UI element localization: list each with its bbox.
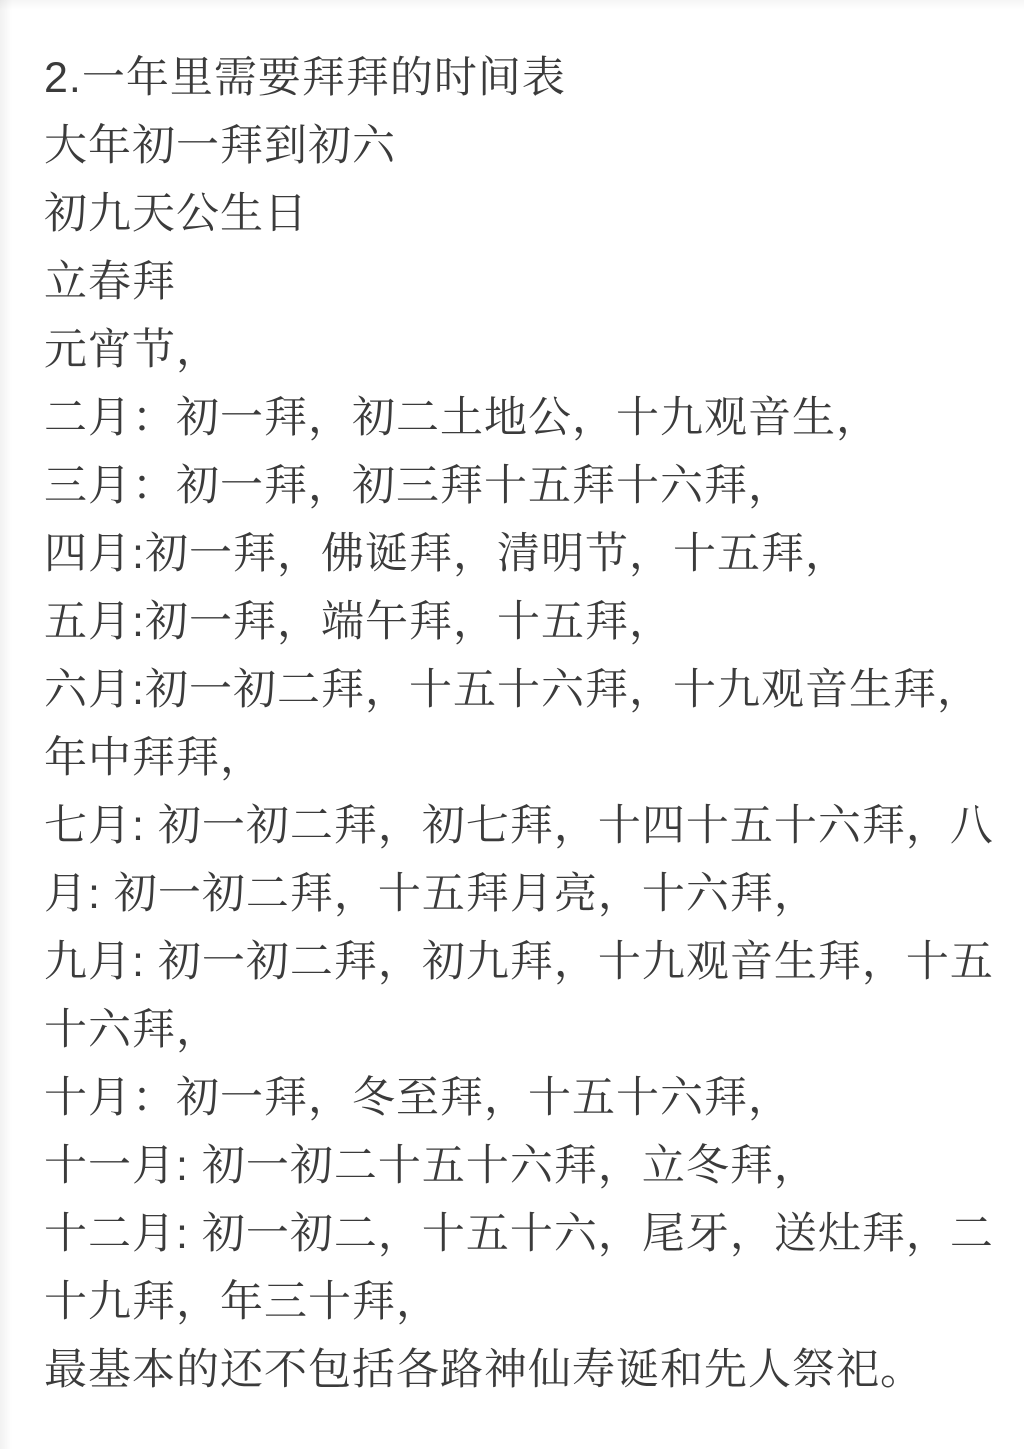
text-line: 立春拜 [44, 248, 1006, 316]
text-line: 九月: 初一初二拜，初九拜，十九观音生拜，十五 [44, 928, 1006, 996]
text-line: 初九天公生日 [44, 180, 1006, 248]
text-line: 月: 初一初二拜，十五拜月亮，十六拜， [44, 860, 1006, 928]
text-line: 年中拜拜， [44, 724, 1006, 792]
text-line: 十九拜，年三十拜， [44, 1268, 1006, 1336]
text-line: 四月:初一拜，佛诞拜，清明节，十五拜， [44, 520, 1006, 588]
text-line: 2.一年里需要拜拜的时间表 [44, 44, 1006, 112]
text-line: 十六拜， [44, 996, 1006, 1064]
text-line: 最基本的还不包括各路神仙寿诞和先人祭祀。 [44, 1336, 1006, 1404]
worship-schedule-text-block: 2.一年里需要拜拜的时间表大年初一拜到初六初九天公生日立春拜元宵节，二月：初一拜… [0, 0, 1024, 1404]
text-line: 六月:初一初二拜，十五十六拜，十九观音生拜， [44, 656, 1006, 724]
text-line: 元宵节， [44, 316, 1006, 384]
text-line: 十二月: 初一初二，十五十六，尾牙，送灶拜，二 [44, 1200, 1006, 1268]
text-line: 二月：初一拜，初二土地公，十九观音生， [44, 384, 1006, 452]
text-line: 大年初一拜到初六 [44, 112, 1006, 180]
text-line: 十月：初一拜，冬至拜，十五十六拜， [44, 1064, 1006, 1132]
document-page: 2.一年里需要拜拜的时间表大年初一拜到初六初九天公生日立春拜元宵节，二月：初一拜… [0, 0, 1024, 1449]
text-line: 三月：初一拜，初三拜十五拜十六拜， [44, 452, 1006, 520]
text-line: 七月: 初一初二拜，初七拜，十四十五十六拜，八 [44, 792, 1006, 860]
text-line: 五月:初一拜，端午拜，十五拜， [44, 588, 1006, 656]
text-line: 十一月: 初一初二十五十六拜，立冬拜， [44, 1132, 1006, 1200]
